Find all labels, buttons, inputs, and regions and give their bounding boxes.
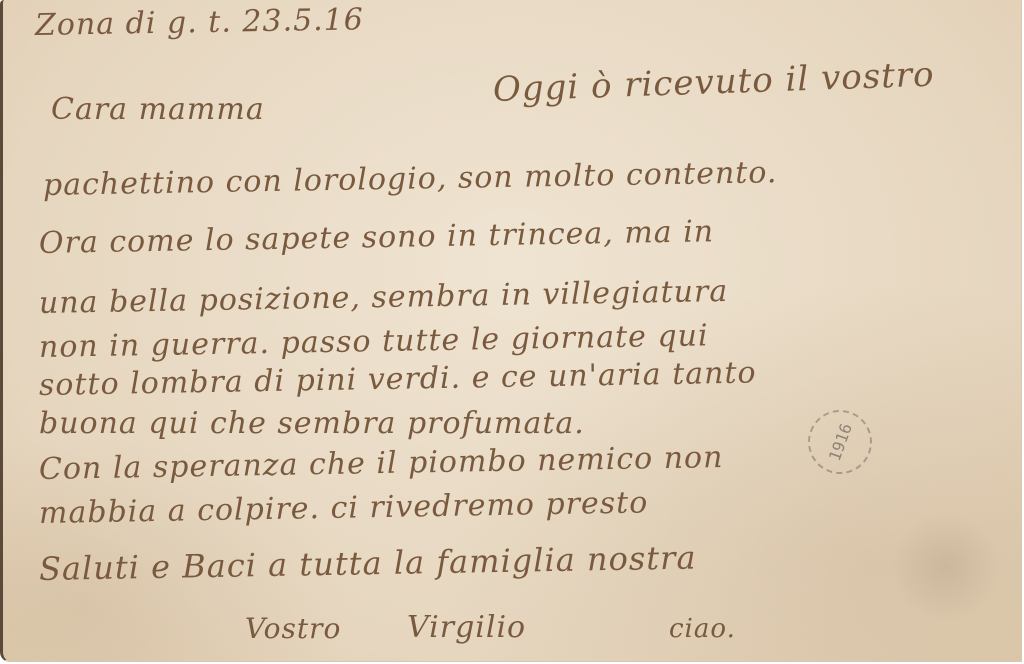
body-line-10: Saluti e Baci a tutta la famiglia nostra (39, 539, 697, 588)
body-line-4: una bella posizione, sembra in villegiat… (39, 274, 729, 321)
body-line-8: Con la speranza che il piombo nemico non (39, 440, 724, 487)
body-line-7: buona qui che sembra profumata. (39, 406, 585, 441)
body-line-2: pachettino con lorologio, son molto cont… (43, 155, 778, 203)
paper-stain (891, 511, 1001, 621)
body-line-9: mabbia a colpire. ci rivedremo presto (39, 485, 649, 531)
salutation: Cara mamma (51, 92, 265, 127)
postmark-text: 1916 (824, 421, 855, 464)
farewell: ciao. (669, 614, 736, 644)
body-line-3: Ora come lo sapete sono in trincea, ma i… (39, 214, 715, 261)
postcard: Zona di g. t. 23.5.16 Cara mamma Oggi ò … (0, 0, 1022, 662)
body-line-1: Oggi ò ricevuto il vostro (492, 55, 935, 110)
signature-name: Virgilio (407, 610, 526, 645)
signature-prefix: Vostro (245, 612, 341, 645)
postmark-stamp: 1916 (799, 401, 881, 483)
place-date-header: Zona di g. t. 23.5.16 (35, 2, 364, 43)
